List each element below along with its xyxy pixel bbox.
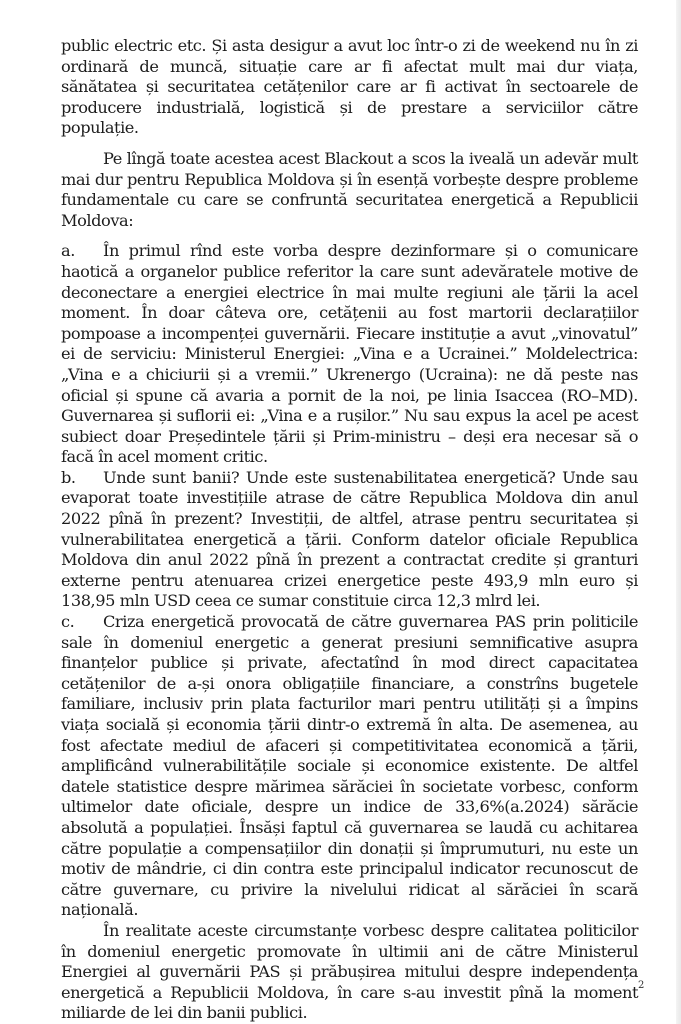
paragraph-continuation: public electric etc. Și asta desigur a a… <box>61 36 638 139</box>
list-item-text: Criza energetică provocată de către guve… <box>61 612 638 919</box>
list-item-text: În primul rînd este vorba despre dezinfo… <box>61 241 638 466</box>
list-item-b: b.Unde sunt banii? Unde este sustenabili… <box>61 468 638 612</box>
list-marker: c. <box>61 612 103 633</box>
paragraph-intro: Pe lîngă toate acestea acest Blackout a … <box>61 149 638 231</box>
list-item-c: c.Criza energetică provocată de către gu… <box>61 612 638 921</box>
list-item-text: Unde sunt banii? Unde este sustenabilita… <box>61 468 638 611</box>
list-marker: b. <box>61 468 103 489</box>
page-number: 2 <box>638 980 644 991</box>
document-page: public electric etc. Și asta desigur a a… <box>61 36 638 1024</box>
page-edge-shadow <box>676 0 681 1024</box>
list-marker: a. <box>61 241 103 262</box>
paragraph-conclusion: În realitate aceste circumstanțe vorbesc… <box>61 921 638 1024</box>
list-item-a: a.În primul rînd este vorba despre dezin… <box>61 241 638 468</box>
